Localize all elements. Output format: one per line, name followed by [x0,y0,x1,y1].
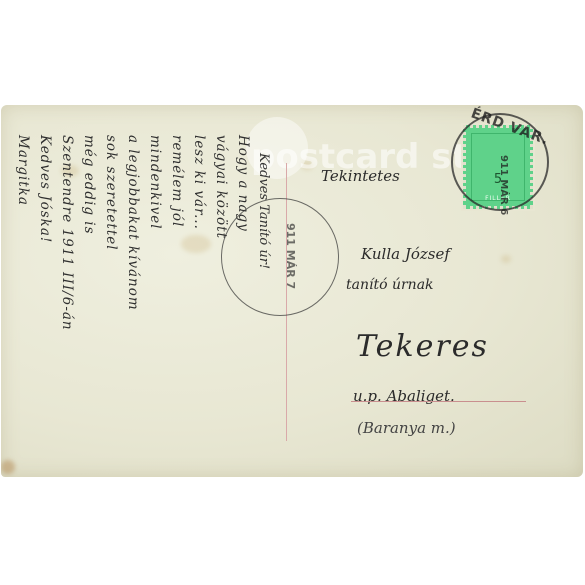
address-name: Kulla József [361,245,450,263]
message-line: mindenkivel [147,135,163,230]
strikethrough-line [351,401,526,402]
handwritten-message: Hogy a nagy vágyai között lesz ki vár...… [13,123,263,473]
message-line: Margitka [15,135,31,206]
postmark-origin-date: 911 MÁR 6 [498,155,509,215]
stain [501,255,511,263]
postmark-destination [221,198,339,316]
address-post-office: u.p. Abaliget. [353,387,455,405]
message-line: vágyai között [213,135,229,239]
message-line: Kedves Jóska! [37,135,53,243]
address-title: tanító úrnak [346,277,434,293]
message-line: még eddig is [81,135,97,235]
message-line: remélem jól [169,135,185,227]
postcard: postcard stock Hogy a nagy vágyai között… [1,105,583,477]
message-line: sok szeretettel [103,135,119,251]
address-salutation: Tekintetes [321,167,400,185]
postmark-destination-date: 911 MÁR 7 [284,223,297,289]
message-line: Szentendre 1911 III/6-án [59,135,75,331]
message-line: a legjobbakat kívánom [125,135,141,311]
address-county: (Baranya m.) [357,419,456,437]
message-line: lesz ki vár... [191,135,207,230]
address-town: Tekeres [356,329,489,364]
